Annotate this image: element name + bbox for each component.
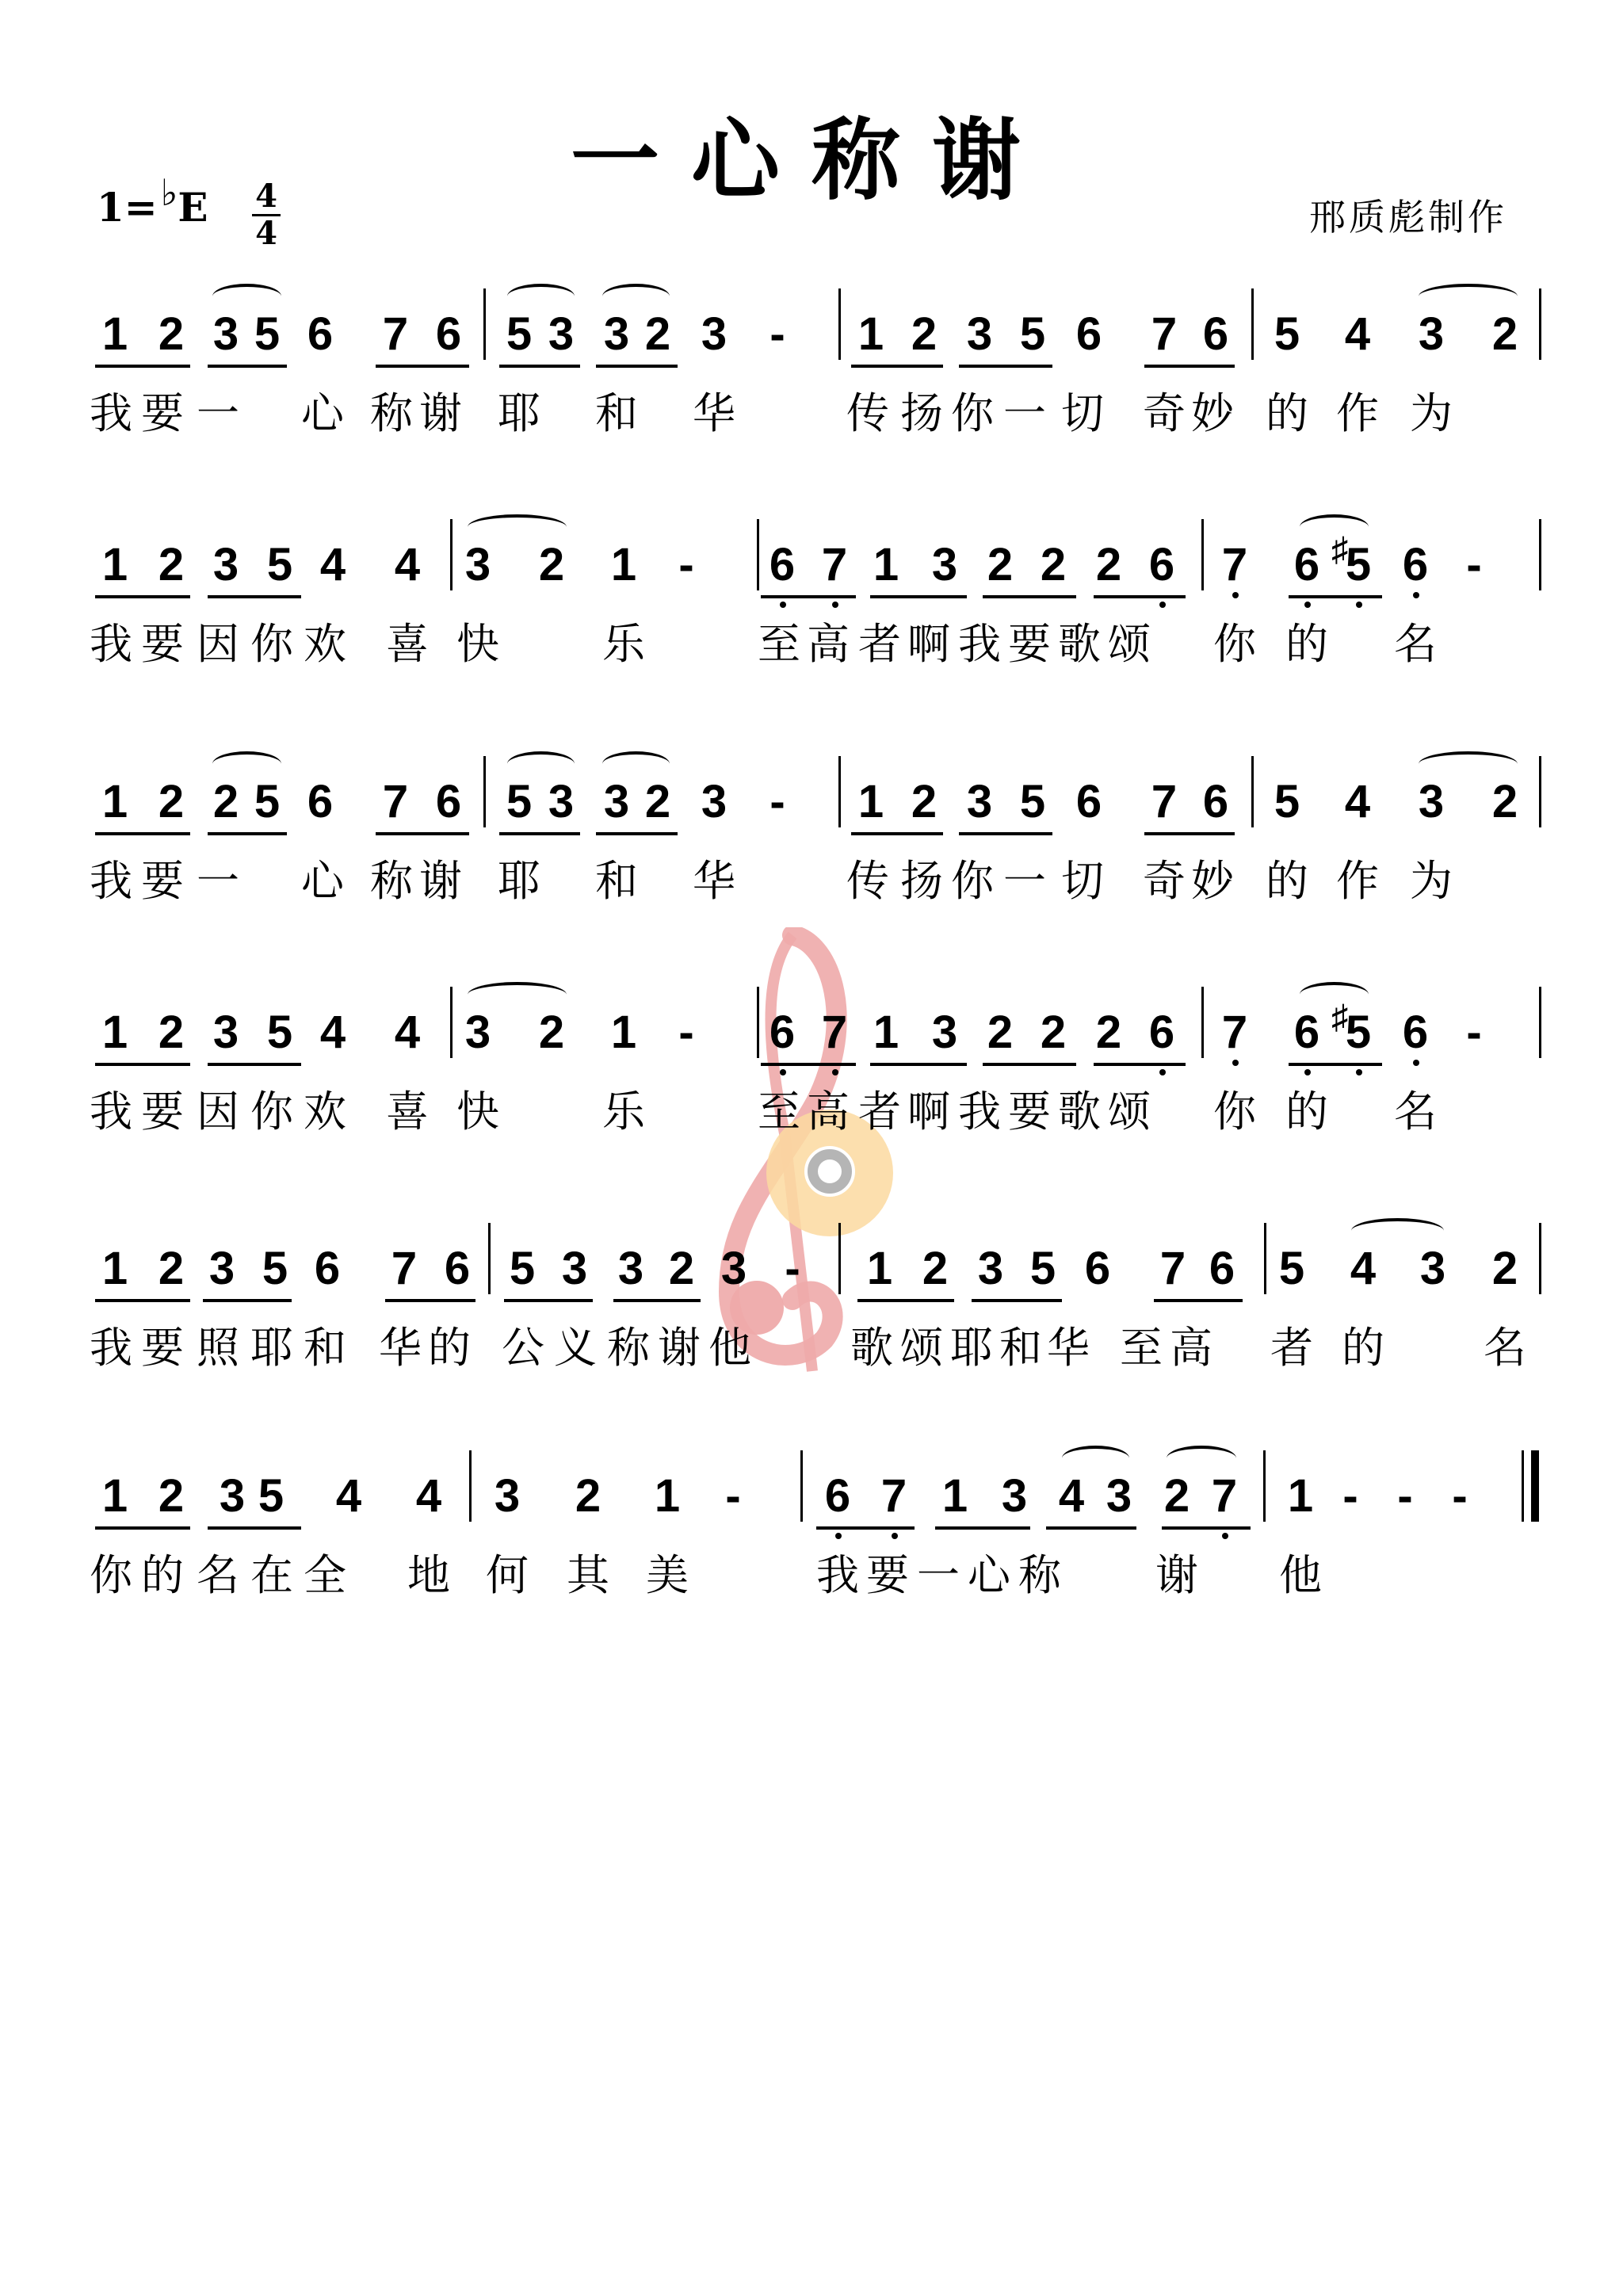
key-signature: 1=♭E <box>97 184 208 232</box>
note: 6 <box>303 778 338 826</box>
lower-octave-dot-icon <box>1356 602 1362 608</box>
lyric-char: 你 <box>949 858 996 905</box>
lyric-char: 耶 <box>948 1324 995 1372</box>
lyric-char: 要 <box>864 1552 911 1599</box>
eighth-note-underline <box>596 832 678 835</box>
lyric-char: 颂 <box>898 1324 945 1372</box>
note: 7 <box>378 311 413 358</box>
note: 2 <box>1487 1245 1522 1293</box>
note: 4 <box>390 541 425 589</box>
note: 5 <box>1270 778 1304 826</box>
note: 2 <box>1091 541 1126 589</box>
lyric-char: 要 <box>139 621 186 668</box>
slur-arc <box>1300 982 1369 1007</box>
note: 7 <box>1207 1473 1242 1520</box>
lyric-char: 我 <box>87 1088 135 1136</box>
slur-arc <box>602 284 670 309</box>
eighth-note-underline <box>870 595 967 598</box>
note: 3 <box>460 1009 495 1056</box>
lyric-char: 华 <box>376 1324 424 1372</box>
lyric-char: 为 <box>1407 390 1455 437</box>
lyric-char: 要 <box>139 390 186 437</box>
lyric-char: 至 <box>755 1088 803 1136</box>
note: 7 <box>1147 778 1182 826</box>
lyric-char: 我 <box>87 621 135 668</box>
eighth-note-underline <box>1162 1526 1251 1530</box>
eighth-note-underline <box>959 832 1052 835</box>
note: 5 <box>1270 311 1304 358</box>
bar-line <box>1251 756 1254 827</box>
lyric-char: 在 <box>248 1552 296 1599</box>
slur-arc <box>507 284 575 309</box>
staff-line-4: 123544321-67132226765♯6-我要因你欢喜快乐至高者啊我要歌颂… <box>0 1009 1623 1199</box>
slur-arc <box>212 284 281 309</box>
eighth-note-underline <box>95 832 190 835</box>
eighth-note-underline <box>1094 595 1186 598</box>
lyric-char: 的 <box>1283 1088 1331 1136</box>
note: 5 <box>505 1245 540 1293</box>
eighth-note-underline <box>208 832 287 835</box>
note: 2 <box>640 778 675 826</box>
eighth-note-underline <box>504 1299 593 1302</box>
eighth-note-underline <box>613 1299 701 1302</box>
note: 3 <box>544 311 579 358</box>
note: 4 <box>1054 1473 1089 1520</box>
note: 7 <box>876 1473 911 1520</box>
lower-octave-dot-icon <box>835 1533 842 1539</box>
lyric-char: 耶 <box>248 1324 296 1372</box>
staff-line-2: 123544321-67132226765♯6-我要因你欢喜快乐至高者啊我要歌颂… <box>0 541 1623 732</box>
note: 3 <box>1102 1473 1136 1520</box>
eighth-note-underline <box>208 365 287 368</box>
lyric-char: 高 <box>804 621 852 668</box>
staff-line-6: 123544321-671343271---你的名在全地何其美我要一心称谢他 <box>0 1473 1623 1663</box>
slur-arc <box>1419 751 1518 777</box>
note: 3 <box>962 778 997 826</box>
note: 5 <box>262 541 297 589</box>
note: 3 <box>1414 311 1449 358</box>
eighth-note-underline <box>376 832 469 835</box>
lower-octave-dot-icon <box>832 602 838 608</box>
lower-octave-dot-icon <box>1232 1060 1239 1066</box>
time-signature: 4 4 <box>252 181 281 250</box>
lyric-char: 乐 <box>600 1088 647 1136</box>
lower-octave-dot-icon <box>1304 602 1311 608</box>
lyric-char: 一 <box>194 858 242 905</box>
note: 4 <box>1340 778 1375 826</box>
lyric-char: 我 <box>87 390 135 437</box>
note: 6 <box>1144 1009 1179 1056</box>
lyric-char: 要 <box>1006 621 1053 668</box>
time-signature-top: 4 <box>252 181 281 212</box>
eighth-note-underline <box>596 365 678 368</box>
note: 1 <box>854 778 888 826</box>
lyric-char: 耶 <box>495 858 543 905</box>
dash-note: - <box>669 1009 704 1056</box>
note: 3 <box>927 541 962 589</box>
dash-note: - <box>1442 1473 1477 1520</box>
lyric-char: 的 <box>1283 621 1331 668</box>
slur-arc <box>468 514 567 540</box>
time-signature-bottom: 4 <box>252 218 281 250</box>
note: 7 <box>387 1245 422 1293</box>
eighth-note-underline <box>959 365 1052 368</box>
lyric-char: 华 <box>690 858 738 905</box>
lyric-char: 奇 <box>1140 390 1188 437</box>
lyric-char: 地 <box>405 1552 453 1599</box>
lyric-char: 切 <box>1059 858 1106 905</box>
lyric-char: 者 <box>856 621 903 668</box>
lyric-char: 为 <box>1407 858 1455 905</box>
eighth-note-underline <box>95 1299 190 1302</box>
lyric-char: 的 <box>139 1552 186 1599</box>
dash-note: - <box>1333 1473 1368 1520</box>
note: 2 <box>640 311 675 358</box>
key-note: E <box>178 184 208 231</box>
eighth-note-underline <box>816 1526 915 1530</box>
note: 6 <box>440 1245 475 1293</box>
dash-note: - <box>1388 1473 1423 1520</box>
note: 6 <box>431 311 466 358</box>
lyric-char: 称 <box>605 1324 652 1372</box>
lyric-char: 传 <box>844 390 892 437</box>
lyric-char: 何 <box>483 1552 531 1599</box>
note: 2 <box>208 778 243 826</box>
lower-octave-dot-icon <box>1356 1069 1362 1075</box>
lyric-char: 作 <box>1334 858 1381 905</box>
lyric-char: 歌 <box>1056 621 1103 668</box>
bar-line <box>450 987 453 1058</box>
note: 2 <box>1487 311 1522 358</box>
lower-octave-dot-icon <box>1304 1069 1311 1075</box>
eighth-note-underline <box>761 595 856 598</box>
note: 3 <box>997 1473 1032 1520</box>
eighth-note-underline <box>851 832 943 835</box>
note: 1 <box>97 311 132 358</box>
note: 1 <box>869 541 903 589</box>
bar-line <box>488 1223 491 1294</box>
note: 3 <box>1415 1245 1450 1293</box>
eighth-note-underline <box>1154 1299 1243 1302</box>
note: 1 <box>97 1009 132 1056</box>
note: 3 <box>973 1245 1008 1293</box>
eighth-note-underline <box>208 1063 301 1066</box>
lyric-char: 我 <box>956 621 1003 668</box>
lyric-char: 啊 <box>905 621 953 668</box>
bar-line <box>1263 1450 1266 1522</box>
staff-line-5: 123567653323-12356765432我要照耶和华的公义称谢他歌颂耶和… <box>0 1245 1623 1435</box>
note: 3 <box>962 311 997 358</box>
lyric-char: 的 <box>1263 390 1311 437</box>
slur-arc <box>1167 1446 1236 1471</box>
eighth-note-underline <box>203 1299 292 1302</box>
note: 6 <box>1198 778 1233 826</box>
note: 6 <box>1071 778 1106 826</box>
lyric-char: 切 <box>1059 390 1106 437</box>
slur-arc <box>1419 284 1518 309</box>
note: 1 <box>869 1009 903 1056</box>
eighth-note-underline <box>385 1299 475 1302</box>
note: 3 <box>544 778 579 826</box>
slur-arc <box>468 982 567 1007</box>
note: 3 <box>204 1245 239 1293</box>
lyric-char: 其 <box>564 1552 612 1599</box>
lower-octave-dot-icon <box>832 1069 838 1075</box>
lyric-char: 名 <box>194 1552 242 1599</box>
lyric-char: 称 <box>1016 1552 1064 1599</box>
note: 7 <box>378 778 413 826</box>
note: 1 <box>97 1473 132 1520</box>
note: 5 <box>250 311 285 358</box>
lower-octave-dot-icon <box>1159 602 1166 608</box>
final-bar-line <box>1531 1450 1539 1522</box>
note: 6 <box>1144 541 1179 589</box>
flat-icon: ♭ <box>161 171 178 214</box>
note: 6 <box>765 541 800 589</box>
lyric-char: 你 <box>248 1088 296 1136</box>
dash-note: - <box>760 778 795 826</box>
lyric-char: 我 <box>87 1324 135 1372</box>
note: 1 <box>1283 1473 1318 1520</box>
note: 2 <box>1036 541 1071 589</box>
lyric-char: 要 <box>139 1324 186 1372</box>
lyric-char: 要 <box>1006 1088 1053 1136</box>
lyric-char: 作 <box>1334 390 1381 437</box>
eighth-note-underline <box>983 595 1076 598</box>
note: 6 <box>303 311 338 358</box>
bar-line <box>757 519 759 590</box>
lyric-char: 至 <box>1117 1324 1165 1372</box>
eighth-note-underline <box>95 595 190 598</box>
lyric-char: 欢 <box>301 621 349 668</box>
eighth-note-underline <box>1046 1526 1136 1530</box>
eighth-note-underline <box>499 832 580 835</box>
staff-line-3: 122567653323-12356765432我要一心称谢耶和华传扬你一切奇妙… <box>0 778 1623 968</box>
lyric-char: 你 <box>87 1552 135 1599</box>
note: 7 <box>817 541 852 589</box>
dash-note: - <box>1457 1009 1491 1056</box>
note: 6 <box>1289 541 1324 589</box>
lyric-char: 高 <box>1167 1324 1215 1372</box>
eighth-note-underline <box>935 1526 1030 1530</box>
lyric-char: 传 <box>844 858 892 905</box>
note: 1 <box>938 1473 972 1520</box>
note: 4 <box>1340 311 1375 358</box>
bar-line <box>1201 519 1204 590</box>
eighth-note-underline <box>972 1299 1062 1302</box>
lyric-char: 颂 <box>1106 1088 1153 1136</box>
bar-line <box>1201 987 1204 1058</box>
eighth-note-underline <box>95 1063 190 1066</box>
lyric-char: 快 <box>454 621 502 668</box>
note: 4 <box>390 1009 425 1056</box>
eighth-note-underline <box>499 365 580 368</box>
note: 5 <box>254 1473 288 1520</box>
note: 2 <box>1036 1009 1071 1056</box>
lyric-char: 和 <box>593 390 640 437</box>
note: 5 <box>250 778 285 826</box>
eighth-note-underline <box>857 1299 954 1302</box>
bar-line <box>800 1450 803 1522</box>
note: 6 <box>765 1009 800 1056</box>
note: 2 <box>664 1245 699 1293</box>
lyric-char: 你 <box>1211 1088 1258 1136</box>
note: 1 <box>606 541 641 589</box>
lyric-char: 你 <box>248 621 296 668</box>
lyric-char: 一 <box>194 390 242 437</box>
lyric-char: 奇 <box>1140 858 1188 905</box>
note: 3 <box>208 541 243 589</box>
lyric-char: 高 <box>804 1088 852 1136</box>
lyric-char: 华 <box>1044 1324 1092 1372</box>
bar-line <box>838 288 841 360</box>
note: 2 <box>1487 778 1522 826</box>
note: 5 <box>258 1245 292 1293</box>
lyric-char: 至 <box>755 621 803 668</box>
note: 4 <box>315 1009 350 1056</box>
lower-octave-dot-icon <box>1413 1060 1419 1066</box>
note: 1 <box>606 1009 641 1056</box>
lyric-char: 喜 <box>384 1088 431 1136</box>
lyric-char: 心 <box>299 858 346 905</box>
note: 2 <box>154 541 189 589</box>
note: 3 <box>599 778 634 826</box>
lower-octave-dot-icon <box>892 1533 898 1539</box>
lyric-char: 全 <box>301 1552 349 1599</box>
lyric-char: 他 <box>1277 1552 1324 1599</box>
lyric-char: 扬 <box>898 390 945 437</box>
lyric-char: 我 <box>814 1552 861 1599</box>
lyric-char: 义 <box>552 1324 599 1372</box>
note: 7 <box>1155 1245 1190 1293</box>
bar-line <box>1539 1223 1541 1294</box>
bar-line <box>1539 756 1541 827</box>
lyric-char: 的 <box>1339 1324 1387 1372</box>
eighth-note-underline <box>851 365 943 368</box>
note: 3 <box>599 311 634 358</box>
bar-line <box>757 987 759 1058</box>
lower-octave-dot-icon <box>1413 592 1419 598</box>
note: 1 <box>97 1245 132 1293</box>
note: 5 <box>502 778 537 826</box>
note: 1 <box>854 311 888 358</box>
note: 7 <box>1217 541 1252 589</box>
lyric-char: 颂 <box>1106 621 1153 668</box>
lower-octave-dot-icon <box>1159 1069 1166 1075</box>
eighth-note-underline <box>1144 365 1235 368</box>
lyric-char: 者 <box>856 1088 903 1136</box>
bar-line <box>1251 288 1254 360</box>
lyric-char: 谢 <box>1153 1552 1201 1599</box>
lyric-char: 美 <box>643 1552 691 1599</box>
lower-octave-dot-icon <box>780 1069 786 1075</box>
lower-octave-dot-icon <box>780 602 786 608</box>
bar-line <box>838 756 841 827</box>
staff-line-1: 123567653323-12356765432我要一心称谢耶和华传扬你一切奇妙… <box>0 311 1623 501</box>
slur-arc <box>1351 1218 1444 1244</box>
lyric-char: 谢 <box>417 858 464 905</box>
note: 1 <box>97 778 132 826</box>
lyric-char: 称 <box>368 390 415 437</box>
lyric-char: 我 <box>87 858 135 905</box>
eighth-note-underline <box>983 1063 1076 1066</box>
lyric-char: 歌 <box>848 1324 896 1372</box>
lyric-char: 的 <box>426 1324 473 1372</box>
lyric-char: 心 <box>965 1552 1013 1599</box>
lyric-char: 扬 <box>898 858 945 905</box>
note: 7 <box>1217 1009 1252 1056</box>
lyric-char: 妙 <box>1189 390 1236 437</box>
dash-note: - <box>669 541 704 589</box>
note: 6 <box>310 1245 345 1293</box>
lyric-char: 和 <box>593 858 640 905</box>
lyric-char: 者 <box>1268 1324 1316 1372</box>
note: 3 <box>697 778 731 826</box>
note: 3 <box>1414 778 1449 826</box>
lyric-char: 妙 <box>1189 858 1236 905</box>
note: 4 <box>411 1473 446 1520</box>
lyric-char: 他 <box>706 1324 754 1372</box>
lyric-char: 快 <box>454 1088 502 1136</box>
lyric-char: 啊 <box>905 1088 953 1136</box>
bar-line <box>838 1223 841 1294</box>
note: 6 <box>1398 1009 1433 1056</box>
note: 6 <box>1205 1245 1239 1293</box>
note: 6 <box>1071 311 1106 358</box>
lyric-char: 谢 <box>655 1324 703 1372</box>
note: 6 <box>820 1473 855 1520</box>
note: 2 <box>907 311 941 358</box>
note: 1 <box>97 541 132 589</box>
eighth-note-underline <box>870 1063 967 1066</box>
note: 3 <box>613 1245 648 1293</box>
note: 5 <box>1025 1245 1060 1293</box>
eighth-note-underline <box>1144 832 1235 835</box>
note: 2 <box>154 1009 189 1056</box>
lyric-char: 你 <box>1211 621 1258 668</box>
key-prefix: 1= <box>97 184 158 231</box>
note: 2 <box>534 1009 569 1056</box>
note: 1 <box>862 1245 897 1293</box>
lyric-char: 一 <box>915 1552 962 1599</box>
note: 6 <box>431 778 466 826</box>
lyric-char: 喜 <box>384 621 431 668</box>
note: 2 <box>983 1009 1018 1056</box>
bar-line <box>483 756 486 827</box>
note: 6 <box>1398 541 1433 589</box>
eighth-note-underline <box>208 1526 301 1530</box>
slur-arc <box>1062 1446 1129 1471</box>
bar-line <box>450 519 453 590</box>
lyric-char: 的 <box>1263 858 1311 905</box>
lyric-char: 欢 <box>301 1088 349 1136</box>
lyric-char: 一 <box>1001 858 1048 905</box>
note: 3 <box>208 1009 243 1056</box>
note: 6 <box>1080 1245 1115 1293</box>
lyric-char: 要 <box>139 858 186 905</box>
eighth-note-underline <box>1094 1063 1186 1066</box>
note: 2 <box>154 778 189 826</box>
lyric-char: 乐 <box>600 621 647 668</box>
note: 3 <box>927 1009 962 1056</box>
bar-line <box>1539 288 1541 360</box>
lyric-char: 心 <box>299 390 346 437</box>
eighth-note-underline <box>1289 595 1382 598</box>
eighth-note-underline <box>95 365 190 368</box>
note: 5 <box>262 1009 297 1056</box>
lyric-char: 和 <box>301 1324 349 1372</box>
slur-arc <box>507 751 575 777</box>
